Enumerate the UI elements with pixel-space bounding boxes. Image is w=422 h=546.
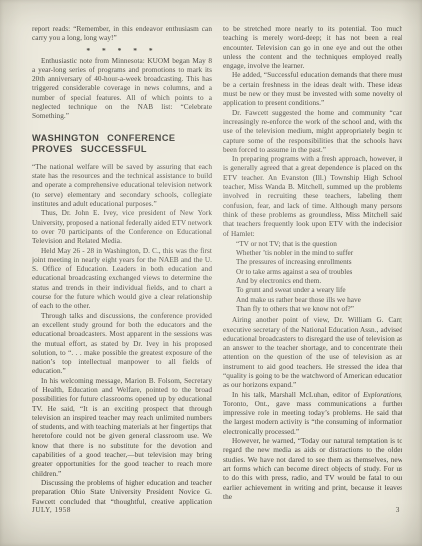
left-column: report reads: “Remember, in this endeavo… [32,25,212,506]
poem-line: To grunt and sweat under a weary life [236,286,402,295]
stars-separator: * * * * * [32,46,212,55]
page-number: 3 [396,506,400,514]
paragraph-continuation: report reads: “Remember, in this endeavo… [32,25,212,44]
poem-line: “TV or not TV; that is the question [236,240,402,249]
hamlet-parody-poem: “TV or not TV; that is the question Whet… [236,240,402,314]
magazine-page: report reads: “Remember, in this endeavo… [0,0,422,546]
article-heading-line1: WASHINGTON CONFERENCE [32,133,175,143]
two-column-text-block: report reads: “Remember, in this endeavo… [32,25,402,506]
paragraph-kuom-note: Enthusiastic note from Minnesota: KUOM b… [32,57,212,122]
poem-line: Or to take arms against a sea of trouble… [236,268,402,277]
issue-date: JULY, 1958 [32,506,71,514]
poem-line: And make us rather bear those ills we ha… [236,296,402,305]
paragraph-mcluhan: In his talk, Marshall McLuhan, editor of… [223,391,402,437]
page-footer: JULY, 1958 3 [32,506,400,514]
paragraph-opening-quote: “The national welfare will be saved by a… [32,163,212,209]
paragraph-mcluhan-warning: However, he warned, “Today our natural t… [223,437,402,502]
paragraph-fawcett-intro: Discussing the problems of higher educat… [32,479,212,506]
poem-line: And by electronics end them. [236,277,402,286]
paragraph-he-added: He added, “Successful education demands … [223,71,402,108]
paragraph-fawcett-home-community: Dr. Fawcett suggested the home and commu… [223,109,402,155]
paragraph-folsom-message: In his welcoming message, Marion B. Fols… [32,377,212,479]
mcluhan-text-post: Toronto, Ont., gave mass communications … [223,400,402,436]
poem-line: The pressures of increasing enrollments [236,258,402,267]
paragraph-continuation-right: to be stretched more nearly to its poten… [223,25,402,71]
mcluhan-text-pre: In his talk, Marshall McLuhan, editor of [232,391,363,399]
paragraph-talks-discussions: Through talks and discussions, the confe… [32,312,212,377]
article-heading: WASHINGTON CONFERENCEPROVES SUCCESSFUL [32,133,212,156]
paragraph-carr: Airing another point of view, Dr. Willia… [223,316,402,390]
paragraph-ivey-proposal: Thus, Dr. John E. Ivey, vice president o… [32,209,212,246]
right-column: to be stretched more nearly to its poten… [223,25,402,506]
poem-line: Than fly to others that we know not of?” [236,305,402,314]
paragraph-conference-dates: Held May 26 - 28 in Washington, D. C., t… [32,247,212,312]
explorations-journal-title: Explorations, [363,391,402,399]
article-heading-line2: PROVES SUCCESSFUL [32,144,147,154]
paragraph-mitchell: In preparing programs with a fresh appro… [223,155,402,239]
poem-line: Whether ’tis nobler in the mind to suffe… [236,249,402,258]
